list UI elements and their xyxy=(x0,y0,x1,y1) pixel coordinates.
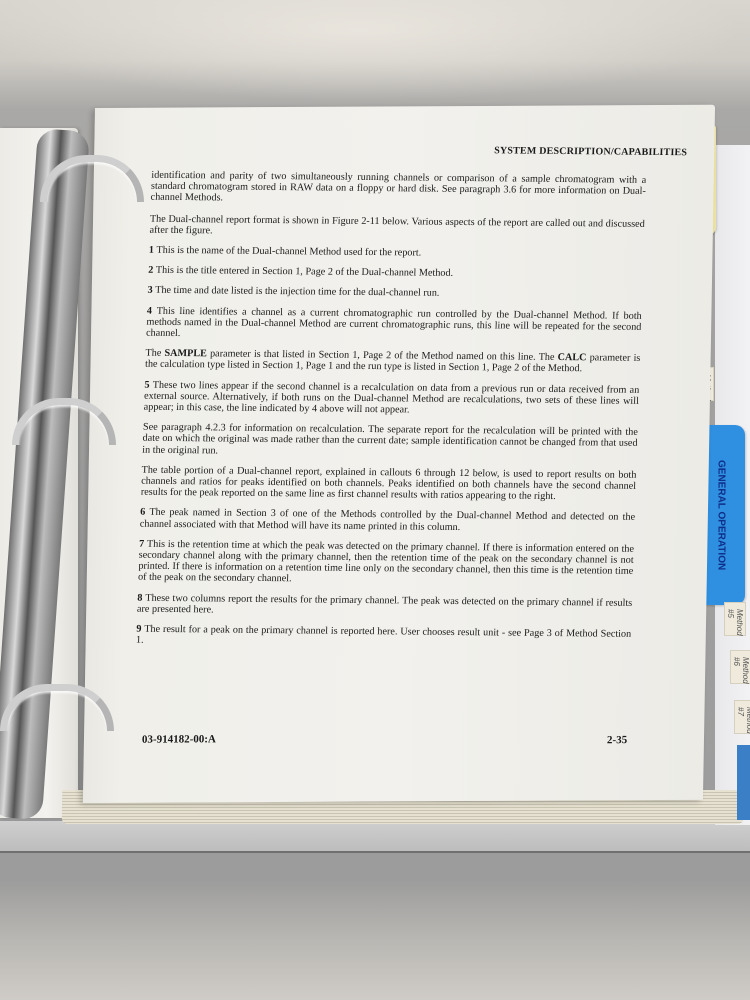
paragraph-text: identification and parity of two simulta… xyxy=(150,170,646,204)
body-paragraph: identification and parity of two simulta… xyxy=(150,170,646,209)
callout-paragraph: 4 This line identifies a channel as a cu… xyxy=(146,305,642,344)
paragraph-text: This is the title entered in Section 1, … xyxy=(156,265,454,279)
table-surface xyxy=(0,0,750,120)
body-paragraph: The SAMPLE parameter is that listed in S… xyxy=(145,348,641,376)
body-paragraph: See paragraph 4.2.3 for information on r… xyxy=(142,422,638,461)
paragraph-text: The result for a peak on the primary cha… xyxy=(136,624,632,646)
paragraph-text: The xyxy=(145,348,164,359)
paragraph-list: identification and parity of two simulta… xyxy=(136,170,647,652)
manual-page[interactable]: SYSTEM DESCRIPTION/CAPABILITIES identifi… xyxy=(83,105,715,803)
callout-paragraph: 7 This is the retention time at which th… xyxy=(138,539,634,589)
paragraph-text: See paragraph 4.2.3 for information on r… xyxy=(142,422,638,456)
paragraph-text: The time and date listed is the injectio… xyxy=(155,285,440,299)
blue-tab-edge xyxy=(737,745,750,820)
paragraph-text: The Dual-channel report format is shown … xyxy=(149,213,645,236)
body-paragraph: The Dual-channel report format is shown … xyxy=(149,213,645,241)
footer-page-number: 2-35 xyxy=(607,734,627,746)
paragraph-text: The peak named in Section 3 of one of th… xyxy=(140,507,636,532)
paragraph-text: This is the name of the Dual-channel Met… xyxy=(156,245,421,259)
callout-paragraph: 8 These two columns report the results f… xyxy=(137,592,633,620)
callout-number: 4 xyxy=(147,305,157,316)
callout-paragraph: 1 This is the name of the Dual-channel M… xyxy=(149,245,644,261)
tab-method-7[interactable]: Method #7 xyxy=(734,700,750,734)
binder-cover xyxy=(0,820,750,853)
callout-paragraph: 9 The result for a peak on the primary c… xyxy=(136,624,632,652)
footer-document-id: 03-914182-00:A xyxy=(142,733,216,745)
parameter-keyword: CALC xyxy=(557,352,586,363)
page-body: SYSTEM DESCRIPTION/CAPABILITIES identifi… xyxy=(135,146,647,661)
body-paragraph: The table portion of a Dual-channel repo… xyxy=(141,465,637,504)
tab-method-5[interactable]: Method #5 xyxy=(724,602,746,636)
callout-paragraph: 5 These two lines appear if the second c… xyxy=(143,379,639,418)
running-header: SYSTEM DESCRIPTION/CAPABILITIES xyxy=(494,145,687,158)
callout-paragraph: 2 This is the title entered in Section 1… xyxy=(148,265,643,281)
callout-paragraph: 6 The peak named in Section 3 of one of … xyxy=(140,507,636,535)
paragraph-text: The table portion of a Dual-channel repo… xyxy=(141,465,637,503)
paragraph-text: These two lines appear if the second cha… xyxy=(143,379,639,415)
paragraph-text: This is the retention time at which the … xyxy=(138,539,634,585)
paragraph-text: These two columns report the results for… xyxy=(137,592,633,615)
callout-paragraph: 3 The time and date listed is the inject… xyxy=(147,285,642,301)
parameter-keyword: SAMPLE xyxy=(164,348,207,359)
tab-method-6[interactable]: Method #6 xyxy=(730,650,750,684)
paragraph-text: This line identifies a channel as a curr… xyxy=(146,305,642,339)
